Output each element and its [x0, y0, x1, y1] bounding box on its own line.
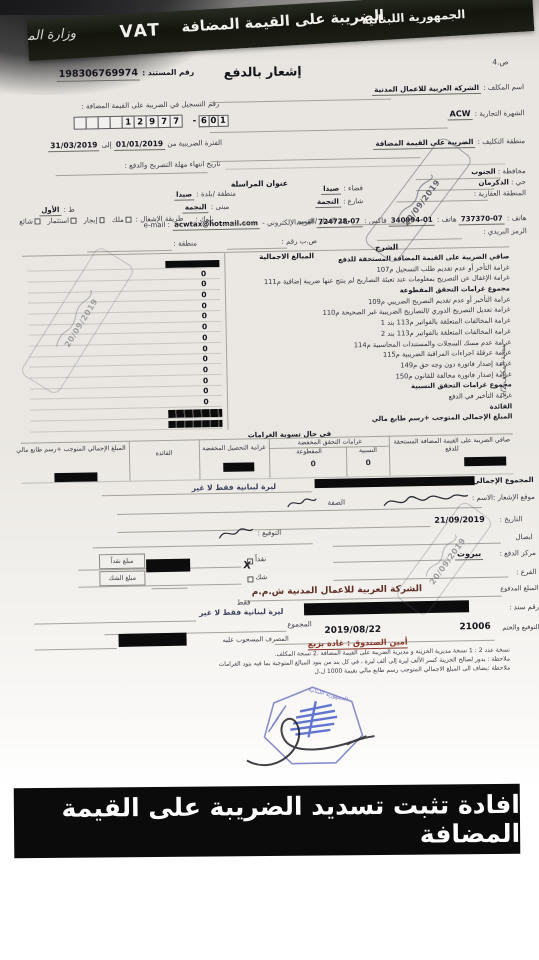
charge-label: صافي الضريبة على القيمة المضافة المستحقة… — [338, 252, 509, 263]
registration-suffix-boxes: 601 — [200, 115, 229, 128]
redacted-value — [118, 633, 186, 647]
only-label: فقط — [237, 598, 251, 606]
registration-suffix-box: 1 — [218, 115, 229, 127]
address-floor-value: الأول — [39, 206, 61, 216]
cash-amount-cell: مبلغ نقداً — [99, 553, 145, 569]
registration-digit-box: 7 — [170, 115, 183, 128]
charge-label: مجموع غرامات التحقق النسبية — [411, 381, 512, 391]
charge-value: 0 — [192, 365, 218, 374]
charge-label: مجموع غرامات التحقق المقطوعة — [400, 284, 510, 294]
payment-date-value: 2019/08/22 — [324, 625, 381, 636]
redacted-value — [315, 476, 475, 488]
assignment-area-label: منطقة التكليف : — [478, 137, 526, 146]
capacity-label: الصفة — [327, 499, 345, 507]
page-mark: ص.4 — [492, 57, 508, 66]
settlement-total-header: المبلغ الإجمالي المتوجب +رسم طابع مالي — [15, 445, 127, 455]
lira-only-text: ليرة لبنانية فقط لا غير — [192, 482, 277, 493]
redacted-value — [54, 472, 97, 482]
cheque-checkbox-icon — [247, 576, 253, 582]
sum-label: المجموع — [287, 620, 312, 628]
tax-period-to: 31/03/2019 — [48, 140, 99, 152]
address-section-title: عنوان المراسلة — [231, 179, 288, 189]
charge-label: غرامة التأخر أو عدم تقديم طلب التسجيل م1… — [376, 263, 509, 274]
redacted-value — [304, 600, 469, 615]
address-street-field: شارع : النجمة — [315, 197, 363, 206]
paid-amount-label: المبلغ المدفوع — [500, 584, 539, 593]
cedar-icon — [290, 701, 338, 738]
settlement-lump-value: 0 — [298, 459, 328, 469]
signature-label: التوقيع : — [257, 529, 281, 537]
settlement-proportional-header: النسبية — [348, 447, 388, 456]
charge-value: 0 — [191, 301, 217, 310]
trade-name-label: الشهرة التجارية : — [475, 109, 525, 118]
document-number-value: 198306769974 — [57, 67, 141, 82]
governorate-field: محافظة : الجنوب — [471, 167, 526, 176]
seal-hatch-marks — [268, 706, 286, 732]
settlement-divider — [269, 438, 271, 478]
charge-label: غرامة إصدار فاتورة مخالفة للقانون م150 — [395, 370, 511, 380]
address-floor-field: ط : الأول — [39, 206, 74, 215]
ruled-line — [93, 543, 313, 548]
document-title: إشعار بالدفع — [224, 63, 302, 79]
ruled-line — [34, 620, 196, 624]
charge-value: 0 — [190, 269, 216, 278]
tax-period-to-label: إلى — [102, 141, 112, 149]
pobox-label: ص.ب رقم : — [281, 237, 317, 246]
phone1-value: 07-737370 — [459, 214, 505, 225]
block-label: بلوك : — [195, 215, 213, 223]
ruled-line — [152, 588, 188, 590]
cheque-label: شك — [255, 573, 267, 581]
seal-text: الجمهورية اللبنانية — [308, 687, 349, 703]
cheque-amount-cell: مبلغ الشك — [99, 570, 145, 586]
official-seal: الجمهورية اللبنانية — [237, 678, 389, 781]
charge-value: 0 — [191, 311, 217, 320]
settlement-divider — [389, 436, 391, 476]
email-value: acwtax@hotmail.com — [172, 219, 260, 231]
charge-value: 0 — [193, 386, 219, 395]
checkbox-icon — [35, 219, 41, 225]
charge-label: غرامة عرقلة اجراءات المراقبة الضريبية م1… — [383, 349, 511, 359]
occupancy-option: شائع — [19, 217, 42, 225]
caption-banner-text: افادة تثبت تسديد الضريبة على القيمة المض… — [14, 790, 520, 852]
governorate-label: محافظة : — [498, 167, 526, 176]
cash-x-mark: X — [243, 560, 252, 572]
settlement-lump-header: المقطوعة — [273, 448, 345, 457]
ruled-line — [35, 648, 117, 651]
address-floor-label: ط : — [64, 206, 75, 214]
settlement-collection-header: غرامة التحصيل المخفضة — [201, 444, 267, 453]
redacted-value — [223, 462, 254, 472]
signer-name-label: موقع الإشعار :الاسم : — [472, 493, 535, 502]
charge-value: 0 — [191, 322, 217, 331]
payment-center-label: مركز الدفع : — [499, 549, 536, 558]
taxpayer-name-value: الشركة العربية للاعمال المدنية — [372, 84, 481, 96]
redacted-value — [146, 559, 190, 573]
occupancy-option: استثمار — [47, 217, 78, 226]
postal-code-label: الرمز البريدي : — [483, 227, 527, 236]
charge-label: غرامة إصدار فاتورة دون وجه حق م149 — [400, 359, 511, 369]
lot-number-label: رقم العقار /القسم — [296, 216, 349, 225]
registration-number-label: رقم التسجيل في الضريبة على القيمة المضاف… — [81, 100, 219, 111]
zone-label: منطقة : — [173, 239, 197, 247]
address-town-field: منطقة /بلدة : صيدا — [174, 190, 236, 199]
ruled-line — [210, 128, 448, 134]
lira-only-text-2: ليرة لبنانية فقط لا غير — [199, 607, 284, 618]
occupancy-option-label: استثمار — [47, 217, 69, 225]
tax-period-from: 01/01/2019 — [114, 139, 165, 151]
ruled-line — [56, 172, 208, 176]
document-number-label: رقم المستند : — [142, 67, 194, 77]
settlement-net-header: صافي الضريبة على القيمة المضافة المستحقة… — [393, 436, 511, 454]
checkbox-icon — [99, 217, 105, 223]
doc-no-label: رقم سند : — [509, 603, 539, 612]
address-district-label: قضاء : — [343, 184, 363, 192]
district-field: حي : الدكرمان — [478, 178, 526, 187]
receipt-label: ايصال — [515, 533, 532, 541]
handwritten-signature-scribble — [215, 522, 255, 543]
cashier-name: غادة بزيع — [308, 639, 345, 649]
charge-value: 0 — [192, 354, 218, 363]
settlement-proportional-value: 0 — [353, 458, 383, 468]
registration-dash: - — [193, 116, 197, 126]
real-estate-area-label: المنطقة العقارية : — [474, 189, 526, 198]
branch-label: الفرع : — [516, 568, 536, 576]
address-town-value: صيدا — [174, 190, 194, 200]
cash-label: نقداً — [255, 555, 266, 563]
occupancy-option-label: إيجار — [83, 216, 97, 224]
district-label: حي : — [511, 178, 526, 186]
address-district-value: صيدا — [321, 185, 341, 195]
seal-heptagon-border — [264, 686, 363, 764]
charge-value: 0 — [191, 279, 217, 288]
occupancy-option-label: ملك — [112, 216, 124, 224]
form-body: ص.4 إشعار بالدفع رقم المستند : 198306769… — [0, 0, 539, 791]
address-building-label: مبنى : — [211, 203, 230, 211]
governorate-value: الجنوب — [471, 168, 496, 176]
charge-value: 0 — [193, 376, 219, 385]
settlement-divider — [129, 441, 131, 481]
address-building-value: النجمة — [183, 203, 209, 213]
charge-value: 0 — [192, 333, 218, 342]
sign-stamp-label: التوقيع والختم — [502, 623, 539, 632]
settlement-interest-header: الفائدة — [131, 449, 197, 458]
occupancy-option: إيجار — [83, 216, 107, 224]
ruled-line — [209, 99, 391, 103]
charge-value: 0 — [191, 290, 217, 299]
taxpayer-name-label: اسم المكلف : — [483, 83, 524, 92]
phone2-label: هاتف : — [437, 215, 457, 223]
deadline-label: تاريخ انتهاء مهلة التصريح والدفع : — [124, 160, 220, 170]
note-2: ملاحظة :يضاف الى المبلغ الاجمالي المتوجب… — [314, 664, 510, 675]
charge-label: غرامة عدم مسك السجلات والمستندات المحاسب… — [354, 338, 511, 349]
checkbox-icon — [71, 218, 77, 224]
charge-label: غرامة المخالفات المتعلقة بالفواتير م113 … — [381, 316, 511, 326]
row-line — [31, 427, 223, 432]
date-label: التاريخ : — [499, 515, 522, 523]
cashier-label: أمين الصندوق : — [347, 637, 408, 647]
checkbox-icon — [126, 217, 132, 223]
trade-name-value: ACW — [448, 109, 473, 120]
scanned-vat-payment-notice: { "header_bar": { "republic": "الجمهورية… — [0, 0, 539, 960]
charge-value: 0 — [192, 343, 218, 352]
taxpayer-name-field: اسم المكلف : الشركة العربية للاعمال المد… — [372, 83, 524, 94]
tax-period-label: الفترة الضريبية من — [167, 139, 222, 148]
handwritten-capacity-scribble — [285, 493, 319, 512]
charge-label: المبلغ الإجمالي المتوجب +رسم طابع مالي — [372, 413, 513, 424]
receipt-number-value: 21006 — [459, 622, 490, 633]
tax-period-field: الفترة الضريبية من 01/01/2019 إلى 31/03/… — [48, 138, 222, 150]
charge-value: 0 — [193, 397, 219, 406]
address-district-field: قضاء : صيدا — [321, 184, 363, 193]
address-building-field: مبنى : النجمة — [183, 203, 230, 212]
address-street-value: النجمة — [315, 198, 341, 208]
ruled-line — [210, 157, 420, 162]
document-number-field: رقم المستند : 198306769974 — [57, 66, 195, 80]
occupancy-label: طريقة الإشغال : — [136, 215, 184, 224]
district-value: الدكرمان — [478, 178, 509, 187]
caption-banner: افادة تثبت تسديد الضريبة على القيمة المض… — [14, 784, 521, 858]
occupancy-options: ملكإيجاراستثمارشائع — [14, 216, 133, 226]
ruled-line — [227, 248, 287, 250]
occupancy-option: ملك — [112, 216, 134, 224]
trade-name-field: الشهرة التجارية : ACW — [448, 108, 525, 118]
address-town-label: منطقة /بلدة : — [196, 190, 236, 199]
address-street-label: شارع : — [343, 197, 363, 205]
charge-label: غرامة المخالفات المتعلقة بالفواتير م113 … — [381, 327, 511, 337]
charge-label: غرامة التأخير أو عدم تقديم التصريح الضري… — [368, 295, 510, 306]
registration-digit-boxes: 12977 — [75, 115, 183, 130]
phone1-label: هاتف : — [507, 214, 527, 222]
redacted-value — [464, 456, 506, 466]
occupancy-option-label: شائع — [19, 218, 33, 226]
bank-label: المصرف المسحوب عليه — [223, 635, 289, 644]
